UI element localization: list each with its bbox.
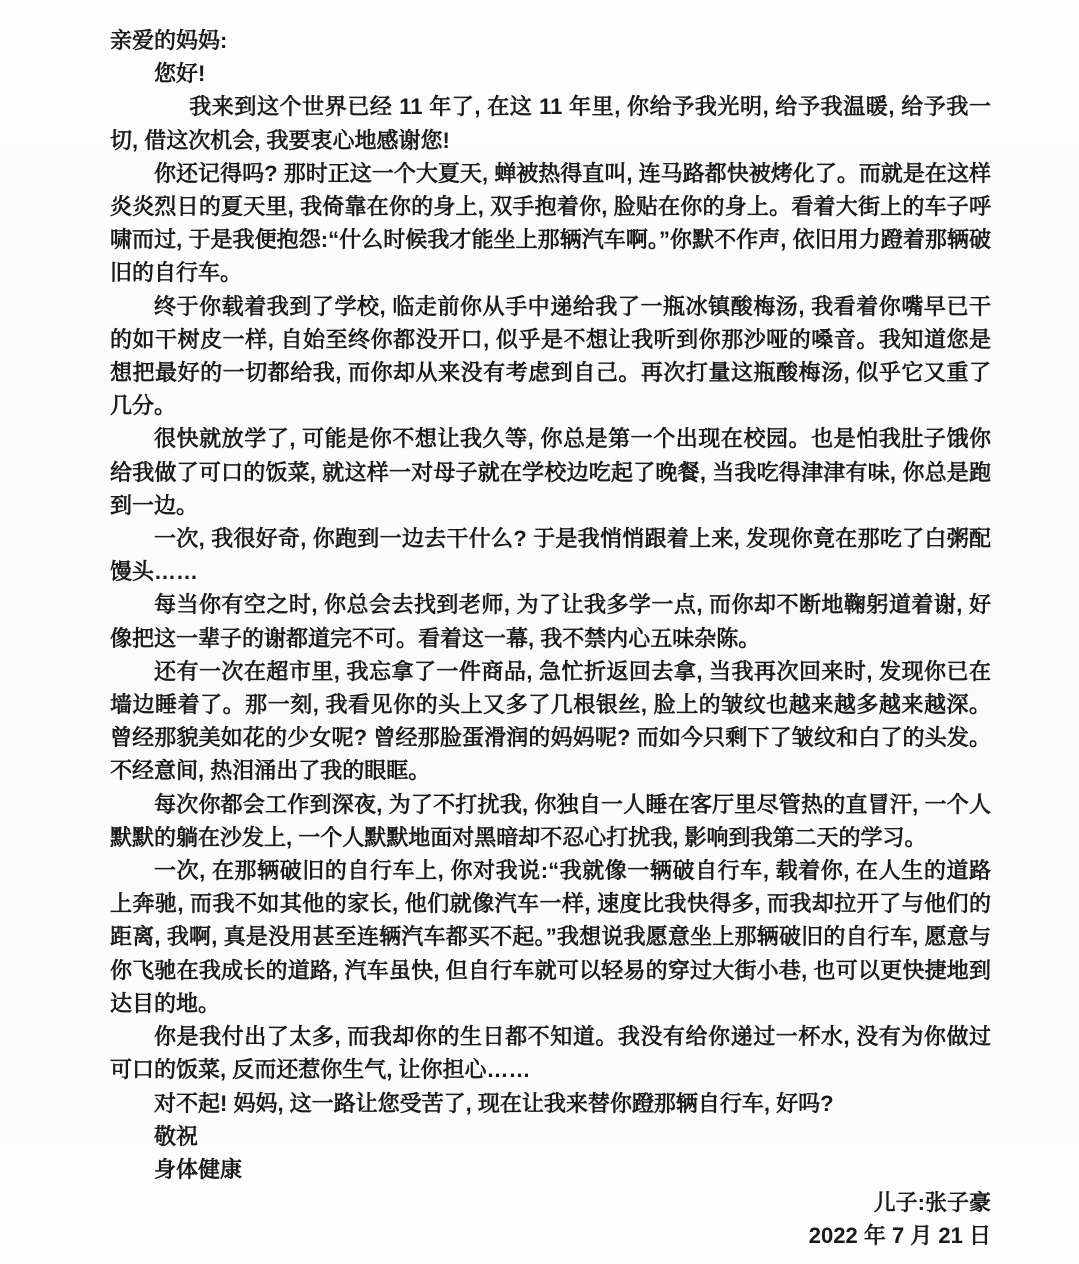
letter-closing-wish: 身体健康 <box>110 1153 991 1186</box>
letter-paragraph-11: 对不起! 妈妈, 这一路让您受苦了, 现在让我来替你蹬那辆自行车, 好吗? <box>110 1087 991 1120</box>
letter-paragraph-4: 很快就放学了, 可能是你不想让我久等, 你总是第一个出现在校园。也是怕我肚子饿你… <box>110 422 991 522</box>
letter-signature: 儿子:张子豪 <box>110 1186 991 1219</box>
letter-paragraph-10: 你是我付出了太多, 而我却你的生日都不知道。我没有给你递过一杯水, 没有为你做过… <box>110 1020 991 1086</box>
letter-date: 2022 年 7 月 21 日 <box>110 1219 991 1252</box>
letter-page: 亲爱的妈妈: 您好! 我来到这个世界已经 11 年了, 在这 11 年里, 你给… <box>0 0 1079 1264</box>
letter-paragraph-3: 终于你载着我到了学校, 临走前你从手中递给我了一瓶冰镇酸梅汤, 我看着你嘴早已干… <box>110 290 991 423</box>
letter-closing-salute: 敬祝 <box>110 1120 991 1153</box>
letter-greeting: 您好! <box>110 57 991 90</box>
letter-paragraph-8: 每次你都会工作到深夜, 为了不打扰我, 你独自一人睡在客厅里尽管热的直冒汗, 一… <box>110 788 991 854</box>
letter-paragraph-6: 每当你有空之时, 你总会去找到老师, 为了让我多学一点, 而你却不断地鞠躬道着谢… <box>110 588 991 654</box>
letter-paragraph-1: 我来到这个世界已经 11 年了, 在这 11 年里, 你给予我光明, 给予我温暖… <box>110 90 991 156</box>
letter-paragraph-9: 一次, 在那辆破旧的自行车上, 你对我说:“我就像一辆破自行车, 载着你, 在人… <box>110 854 991 1020</box>
letter-salutation: 亲爱的妈妈: <box>110 24 991 57</box>
letter-paragraph-7: 还有一次在超市里, 我忘拿了一件商品, 急忙折返回去拿, 当我再次回来时, 发现… <box>110 655 991 788</box>
letter-body: 亲爱的妈妈: 您好! 我来到这个世界已经 11 年了, 在这 11 年里, 你给… <box>110 24 991 1253</box>
letter-paragraph-5: 一次, 我很好奇, 你跑到一边去干什么? 于是我悄悄跟着上来, 发现你竟在那吃了… <box>110 522 991 588</box>
letter-paragraph-2: 你还记得吗? 那时正这一个大夏天, 蝉被热得直叫, 连马路都快被烤化了。而就是在… <box>110 157 991 290</box>
